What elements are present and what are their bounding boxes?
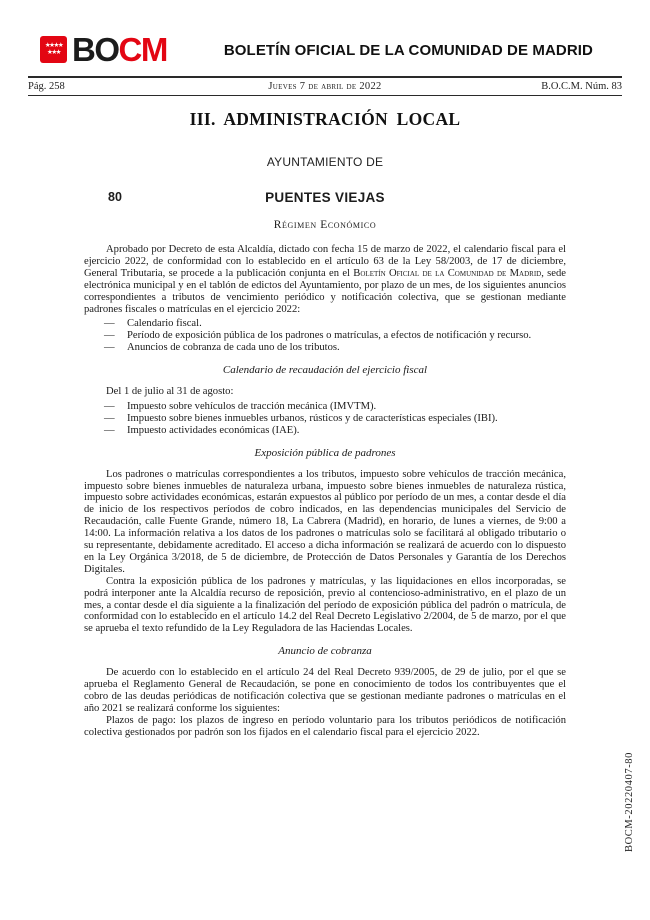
list-item: — Período de exposición pública de los p… — [84, 330, 566, 342]
dash-marker: — — [104, 342, 115, 354]
gazette-title: BOLETÍN OFICIAL DE LA COMUNIDAD DE MADRI… — [167, 42, 620, 59]
list-item: — Anuncios de cobranza de cada uno de lo… — [84, 342, 566, 354]
list-item-text: Período de exposición pública de los pad… — [127, 330, 531, 341]
municipality-row: 80 PUENTES VIEJAS — [0, 190, 650, 205]
list-item: — Impuesto sobre vehículos de tracción m… — [84, 401, 566, 413]
bocm-logo: ★★★★ ★★★ BOCM — [40, 36, 167, 63]
flag-stars-row2: ★★★ — [47, 50, 60, 57]
paragraph-plazos: Plazos de pago: los plazos de ingreso en… — [84, 715, 566, 739]
dash-marker: — — [104, 318, 115, 330]
category-heading: Régimen Económico — [0, 219, 650, 231]
paragraph-periodo: Del 1 de julio al 31 de agosto: — [84, 386, 566, 398]
dash-marker: — — [104, 401, 115, 413]
list-item-text: Calendario fiscal. — [127, 318, 202, 329]
dash-marker: — — [104, 330, 115, 342]
masthead-rule-bottom — [28, 95, 622, 96]
section-title: III. ADMINISTRACIÓN LOCAL — [0, 109, 650, 130]
heading-anuncio: Anuncio de cobranza — [84, 646, 566, 658]
paragraph-padrones: Los padrones o matrículas correspondient… — [84, 469, 566, 576]
paragraph-cobranza: De acuerdo con lo establecido en el artí… — [84, 667, 566, 715]
paragraph-approval: Aprobado por Decreto de esta Alcaldía, d… — [84, 244, 566, 315]
issue-date: Jueves 7 de abril de 2022 — [177, 81, 474, 92]
body-column: Aprobado por Decreto de esta Alcaldía, d… — [84, 244, 566, 739]
item-number: 80 — [108, 190, 122, 204]
list-item: — Calendario fiscal. — [84, 318, 566, 330]
paragraph-recurso: Contra la exposición pública de los padr… — [84, 576, 566, 636]
dash-marker: — — [104, 413, 115, 425]
list-item-text: Impuesto sobre vehículos de tracción mec… — [127, 401, 376, 412]
announcements-list: — Calendario fiscal. — Período de exposi… — [84, 318, 566, 354]
taxes-list: — Impuesto sobre vehículos de tracción m… — [84, 401, 566, 437]
bocm-smallcaps-mention: Boletín Oficial de la Comunidad de Madri… — [353, 268, 541, 279]
list-item: — Impuesto actividades económicas (IAE). — [84, 425, 566, 437]
logo-bo: BO — [72, 31, 119, 68]
list-item-text: Anuncios de cobranza de cada uno de los … — [127, 342, 340, 353]
logo-cm: CM — [119, 31, 167, 68]
document-code-vertical: BOCM-20220407-80 — [624, 752, 635, 852]
dash-marker: — — [104, 425, 115, 437]
masthead: ★★★★ ★★★ BOCM BOLETÍN OFICIAL DE LA COMU… — [0, 0, 650, 96]
madrid-flag-icon: ★★★★ ★★★ — [40, 36, 67, 63]
org-intro: AYUNTAMIENTO DE — [0, 155, 650, 169]
list-item: — Impuesto sobre bienes inmuebles urbano… — [84, 413, 566, 425]
municipality-name: PUENTES VIEJAS — [0, 190, 650, 205]
list-item-text: Impuesto actividades económicas (IAE). — [127, 425, 299, 436]
gazette-page: ★★★★ ★★★ BOCM BOLETÍN OFICIAL DE LA COMU… — [0, 0, 650, 920]
list-item-text: Impuesto sobre bienes inmuebles urbanos,… — [127, 413, 498, 424]
issue-number: B.O.C.M. Núm. 83 — [474, 81, 623, 92]
heading-calendario: Calendario de recaudación del ejercicio … — [84, 365, 566, 377]
heading-exposicion: Exposición pública de padrones — [84, 448, 566, 460]
page-number: Pág. 258 — [28, 81, 177, 92]
issue-meta-row: Pág. 258 Jueves 7 de abril de 2022 B.O.C… — [28, 78, 622, 95]
bocm-logotype: BOCM — [72, 36, 167, 63]
